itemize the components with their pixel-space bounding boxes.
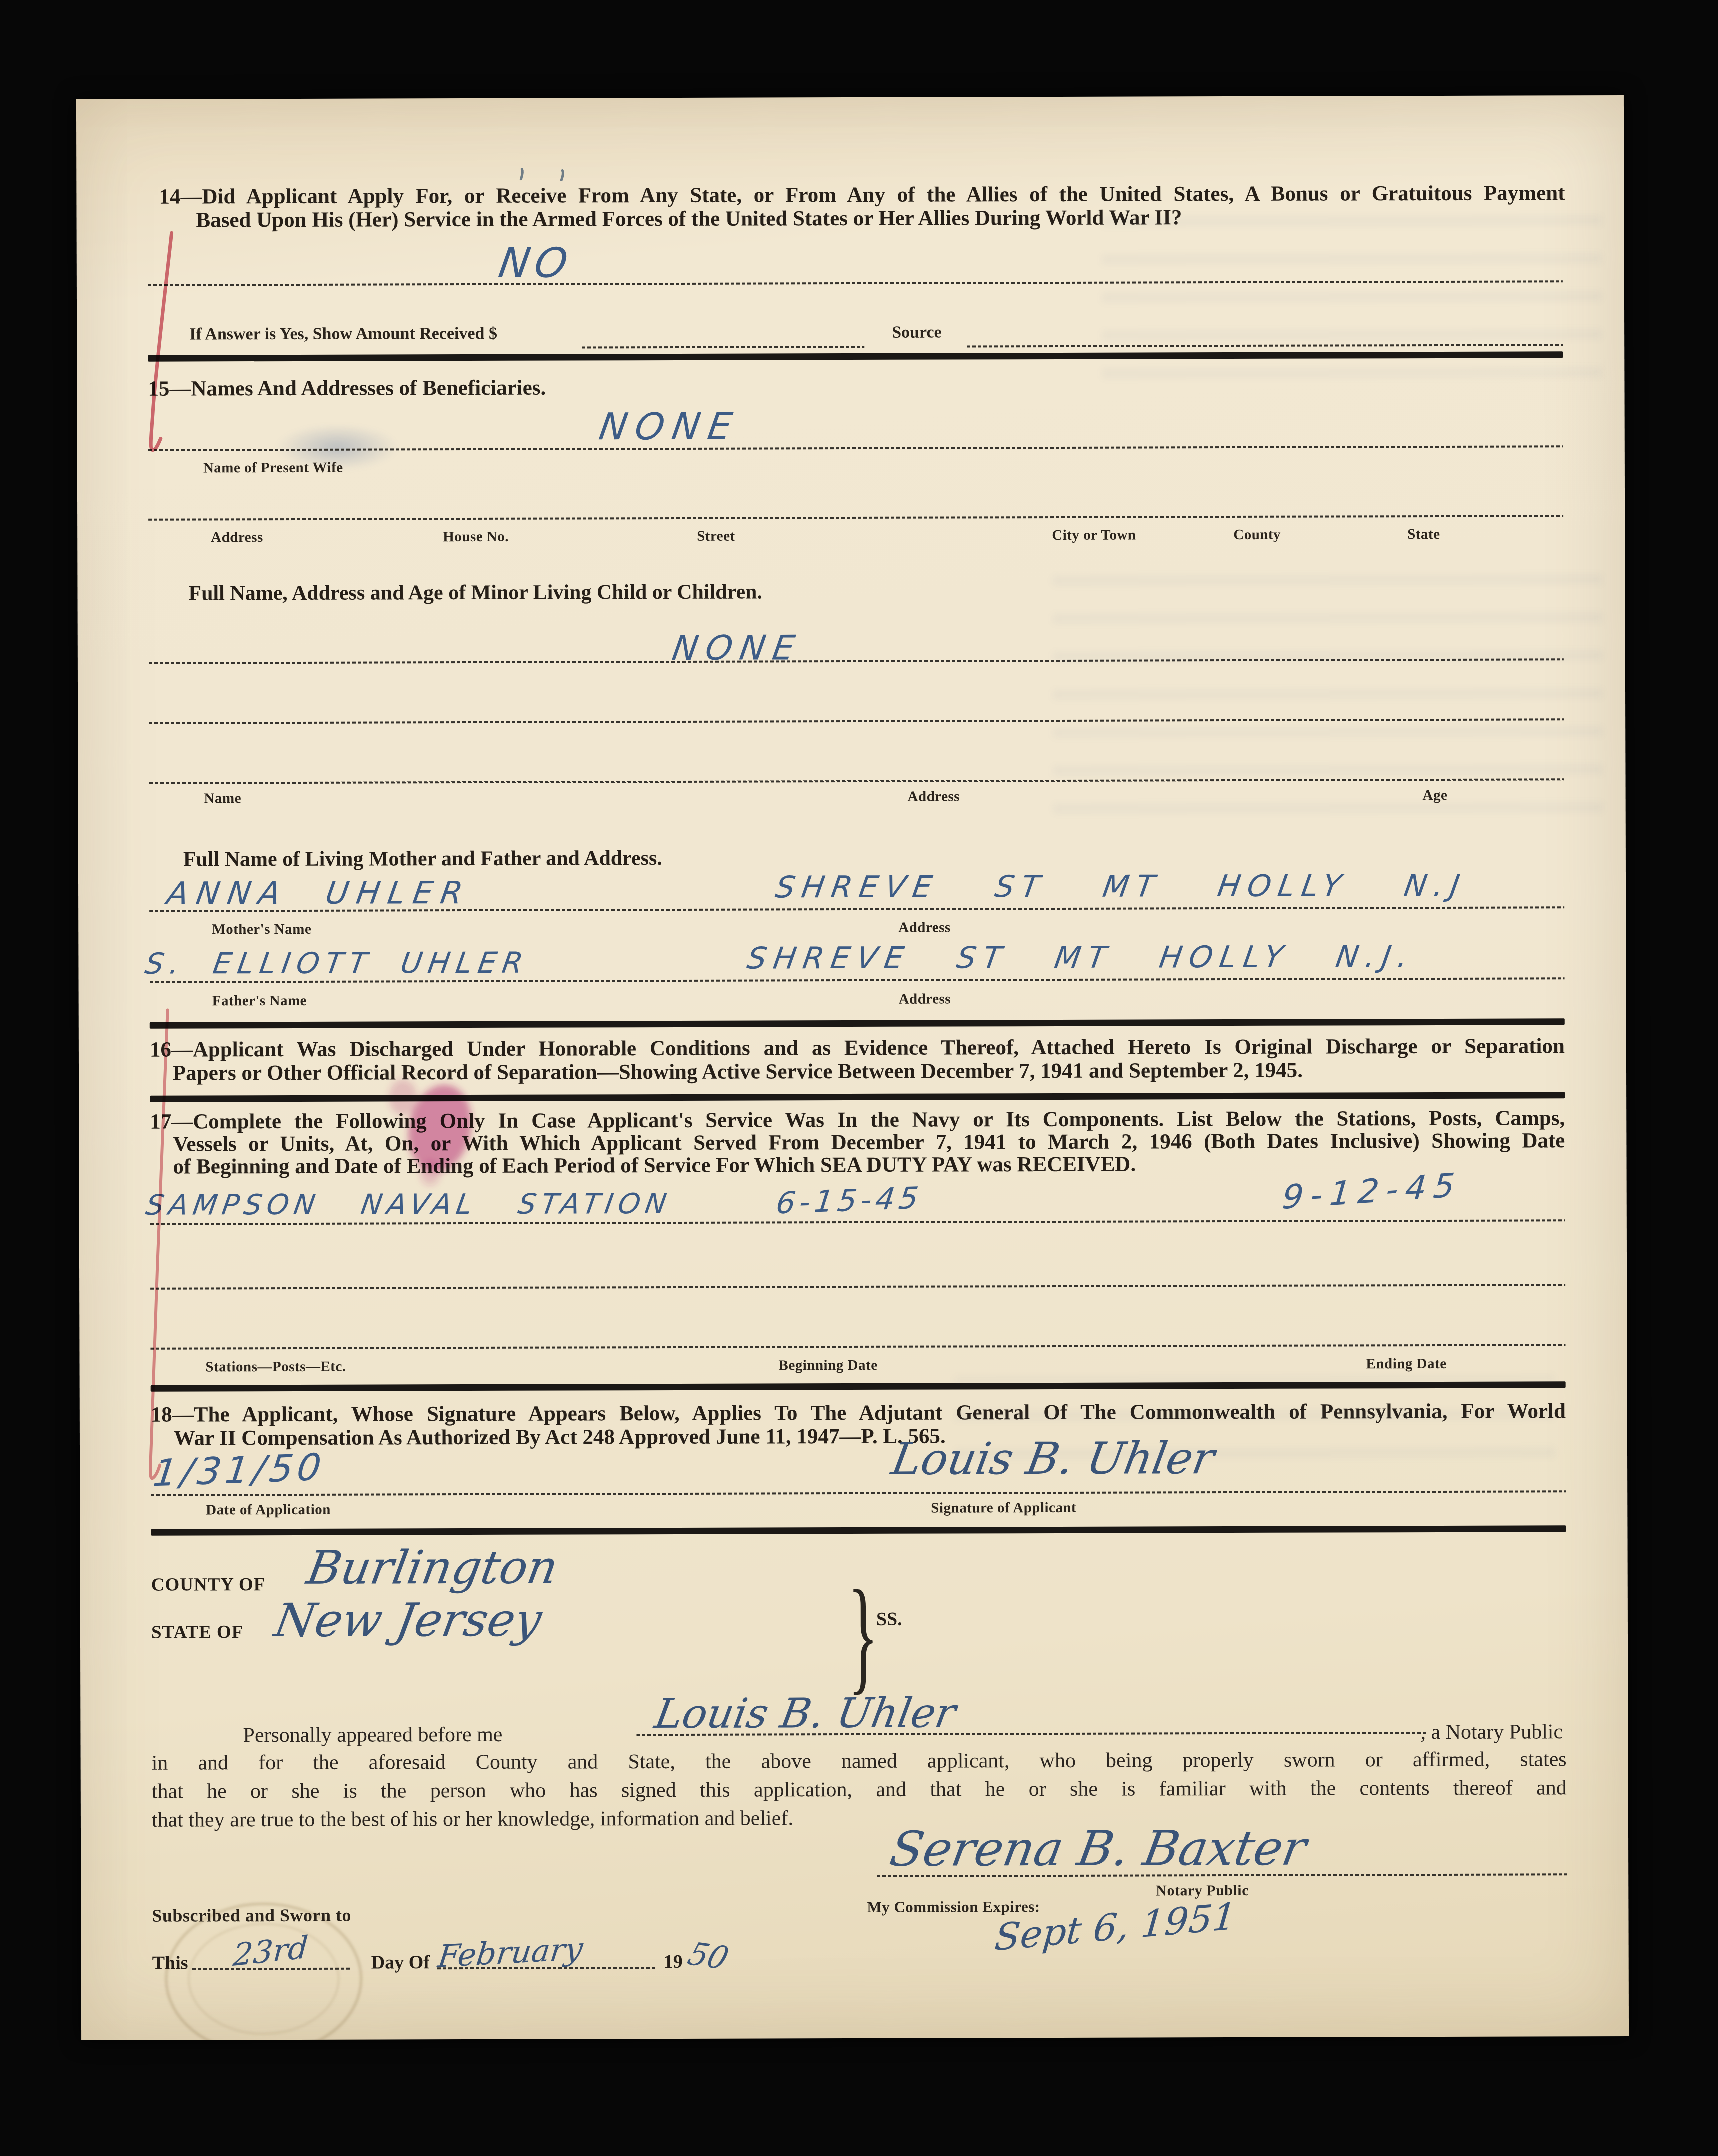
children-heading: Full Name, Address and Age of Minor Livi… bbox=[188, 580, 762, 605]
appeared-name-handwritten: Louis B. Uhler bbox=[651, 1689, 959, 1738]
state-label-col: State bbox=[1407, 526, 1440, 543]
ss-brace: } bbox=[848, 1562, 879, 1709]
signature-of-applicant-label: Signature of Applicant bbox=[931, 1500, 1076, 1517]
mother-name-handwritten: ANNA UHLER bbox=[164, 874, 473, 912]
this-label: This bbox=[152, 1952, 188, 1974]
commission-expires-label: My Commission Expires: bbox=[867, 1898, 1040, 1916]
form-page: 14—Did Applicant Apply For, or Receive F… bbox=[76, 95, 1629, 2040]
father-name-label: Father's Name bbox=[212, 993, 307, 1009]
section-divider bbox=[150, 1092, 1565, 1102]
notary-body-line2: that he or she is the person who has sig… bbox=[152, 1774, 1567, 1806]
application-date-handwritten: 1/31/50 bbox=[151, 1446, 327, 1495]
wife-answer-handwritten: NONE bbox=[596, 405, 743, 449]
child-name-label: Name bbox=[204, 790, 242, 807]
station-entry-handwritten: SAMPSON NAVAL STATION bbox=[144, 1188, 674, 1222]
section-divider bbox=[150, 1018, 1565, 1028]
red-checkmark-section14 bbox=[150, 233, 172, 450]
county-label-col: County bbox=[1233, 527, 1281, 543]
beginning-date-handwritten: 6-15-45 bbox=[774, 1181, 924, 1221]
scanned-document-page: { "section14": { "lines": [ "14—Did Appl… bbox=[0, 0, 1718, 2156]
appeared-prefix: Personally appeared before me bbox=[243, 1721, 502, 1750]
fill-line-amount bbox=[582, 346, 864, 348]
section-16-line1: 16—Applicant Was Discharged Under Honora… bbox=[150, 1034, 1565, 1061]
street-label: Street bbox=[697, 528, 735, 545]
pen-tick-marks bbox=[521, 169, 563, 180]
subscribed-sworn-label: Subscribed and Sworn to bbox=[152, 1905, 351, 1926]
county-of-label: COUNTY OF bbox=[151, 1574, 266, 1596]
notary-body-line1: in and for the aforesaid County and Stat… bbox=[152, 1745, 1567, 1777]
day-of-label: Day Of bbox=[371, 1951, 430, 1973]
notary-body-line3: that they are true to the best of his or… bbox=[152, 1802, 1567, 1834]
state-entry-handwritten: New Jersey bbox=[271, 1593, 546, 1647]
beginning-date-label: Beginning Date bbox=[779, 1357, 878, 1374]
child-address-label: Address bbox=[908, 788, 960, 805]
address-label: Address bbox=[211, 529, 263, 546]
father-address-handwritten: SHREVE ST MT HOLLY N.J. bbox=[745, 939, 1417, 976]
state-of-label: STATE OF bbox=[151, 1621, 244, 1643]
notary-body: in and for the aforesaid County and Stat… bbox=[152, 1745, 1567, 1834]
fill-line-station-2 bbox=[150, 1284, 1565, 1289]
fill-line-day bbox=[192, 1968, 352, 1970]
county-entry-handwritten: Burlington bbox=[303, 1541, 562, 1595]
year-prefix-label: 19 bbox=[664, 1951, 683, 1973]
ss-label: SS. bbox=[876, 1608, 902, 1630]
city-label: City or Town bbox=[1052, 527, 1136, 544]
fill-line-wife-address bbox=[148, 515, 1563, 520]
section-16-line2: Papers or Other Official Record of Separ… bbox=[150, 1058, 1565, 1085]
section-divider bbox=[151, 1525, 1566, 1535]
section-15-heading: 15—Names And Addresses of Beneficiaries. bbox=[148, 376, 546, 401]
fill-line-month bbox=[437, 1967, 657, 1969]
bleedthrough-smudge bbox=[1101, 195, 1602, 407]
year-entry-handwritten: 50 bbox=[684, 1935, 733, 1977]
mother-address-handwritten: SHREVE ST MT HOLLY N.J bbox=[773, 868, 1469, 905]
bleedthrough-smudge bbox=[1052, 560, 1603, 842]
house-no-label: House No. bbox=[443, 529, 509, 545]
stations-label: Stations—Posts—Etc. bbox=[206, 1359, 346, 1376]
bleedthrough-smudge bbox=[955, 1375, 1555, 1487]
wife-name-label: Name of Present Wife bbox=[203, 460, 343, 477]
mother-address-label: Address bbox=[898, 919, 951, 936]
section-17-line2: Vessels or Units, At, On, or With Which … bbox=[150, 1129, 1565, 1155]
section-17-heading: 17—Complete the Following Only In Case A… bbox=[150, 1107, 1565, 1178]
day-entry-handwritten: 23rd bbox=[232, 1929, 309, 1973]
ending-date-label: Ending Date bbox=[1366, 1356, 1447, 1372]
source-label: Source bbox=[892, 323, 942, 342]
section-16-heading: 16—Applicant Was Discharged Under Honora… bbox=[150, 1034, 1565, 1085]
father-address-label: Address bbox=[899, 991, 951, 1007]
notary-signature-handwritten: Serena B. Baxter bbox=[886, 1820, 1310, 1877]
date-of-application-label: Date of Application bbox=[206, 1502, 331, 1519]
answer-14-handwritten: NO bbox=[495, 239, 576, 287]
fill-line-station-3 bbox=[150, 1344, 1565, 1349]
father-name-handwritten: S. ELLIOTT UHLER bbox=[143, 946, 531, 981]
mother-name-label: Mother's Name bbox=[212, 921, 311, 938]
parents-heading: Full Name of Living Mother and Father an… bbox=[183, 847, 662, 872]
fill-line-signature-row bbox=[151, 1490, 1566, 1496]
appeared-suffix: , a Notary Public bbox=[1420, 1718, 1563, 1747]
amount-received-label: If Answer is Yes, Show Amount Received $ bbox=[189, 324, 497, 344]
